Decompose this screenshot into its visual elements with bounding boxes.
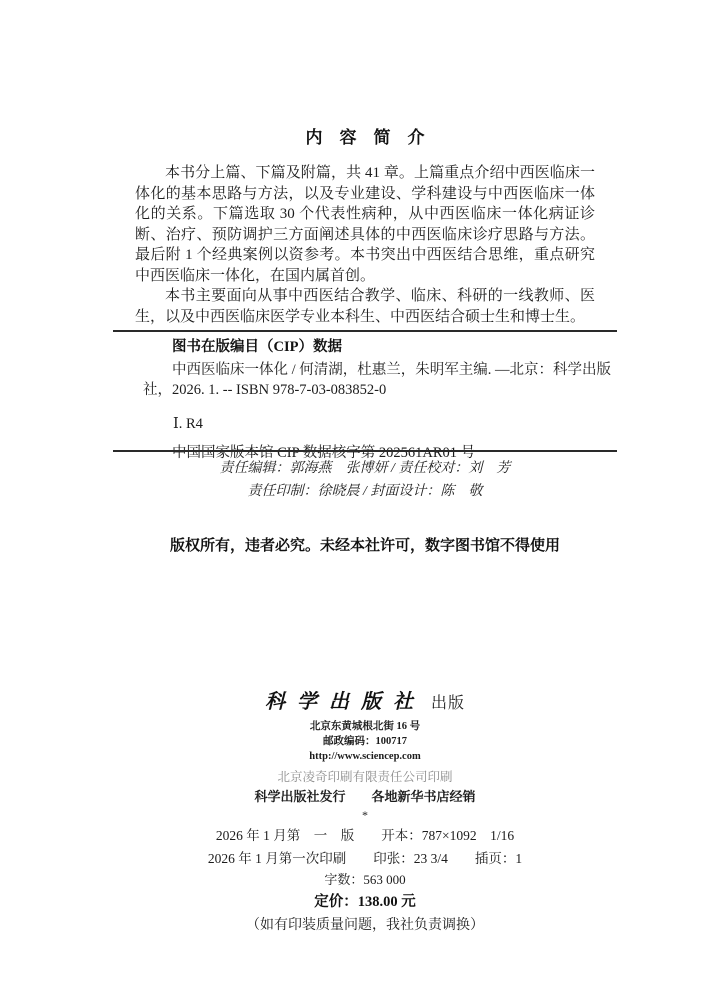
summary-paragraph-1: 本书分上篇、下篇及附篇，共 41 章。上篇重点介绍中西医临床一体化的基本思路与方… [113,163,617,286]
cip-entry-line-1: 中西医临床一体化 / 何清湖，杜惠兰，朱明军主编. —北京：科学出版 [172,360,647,380]
page-title: 内容简介 [113,123,617,148]
cip-entry-line-2: 社，2026. 1. -- ISBN 978-7-03-083852-0 [143,380,647,400]
cip-classification-code: Ⅰ. R4 [173,414,647,434]
word-count: 字数：563 000 [113,872,617,888]
cip-data-section: 图书在版编目（CIP）数据 中西医临床一体化 / 何清湖，杜惠兰，朱明军主编. … [113,337,647,463]
publisher-line: 科学出版社 出版 [113,690,617,716]
publisher-logo-text: 科学出版社 [265,691,425,713]
publisher-suffix: 出版 [431,695,465,712]
summary-paragraph-2: 本书主要面向从事中西医结合教学、临床、科研的一线教师、医生，以及中西医临床医学专… [113,286,617,327]
colophon-section: 科学出版社 出版 北京东黄城根北街 16 号 邮政编码：100717 http:… [113,690,617,935]
credits-line-production: 责任印制：徐晓晨 / 封面设计：陈 敬 [113,480,617,503]
exchange-note: （如有印装质量问题，我社负责调换） [113,917,617,935]
publisher-address: 北京东黄城根北街 16 号 [113,720,617,733]
divider-rule-top [113,330,617,332]
publisher-postcode: 邮政编码：100717 [113,735,617,748]
copyright-notice: 版权所有，违者必究。未经本社许可，数字图书馆不得使用 [113,534,617,555]
printer-line: 北京凌奇印刷有限责任公司印刷 [113,770,617,785]
divider-rule-bottom [113,450,617,452]
printing-info: 2026 年 1 月第一次印刷 印张：23 3/4 插页：1 [113,850,617,867]
cip-heading: 图书在版编目（CIP）数据 [172,337,647,357]
edition-info: 2026 年 1 月第 一 版 开本：787×1092 1/16 [113,827,617,844]
content-summary-section: 内容简介 本书分上篇、下篇及附篇，共 41 章。上篇重点介绍中西医临床一体化的基… [113,123,617,327]
credits-line-editors: 责任编辑：郭海燕 张博妍 / 责任校对：刘 芳 [113,457,617,480]
editor-credits: 责任编辑：郭海燕 张博妍 / 责任校对：刘 芳 责任印制：徐晓晨 / 封面设计：… [113,457,617,503]
copyright-page: 内容简介 本书分上篇、下篇及附篇，共 41 章。上篇重点介绍中西医临床一体化的基… [0,0,720,1000]
separator-star: * [113,809,617,821]
distribution-line: 科学出版社发行 各地新华书店经销 [113,789,617,805]
publisher-website: http://www.sciencep.com [113,750,617,763]
price: 定价：138.00 元 [113,893,617,911]
